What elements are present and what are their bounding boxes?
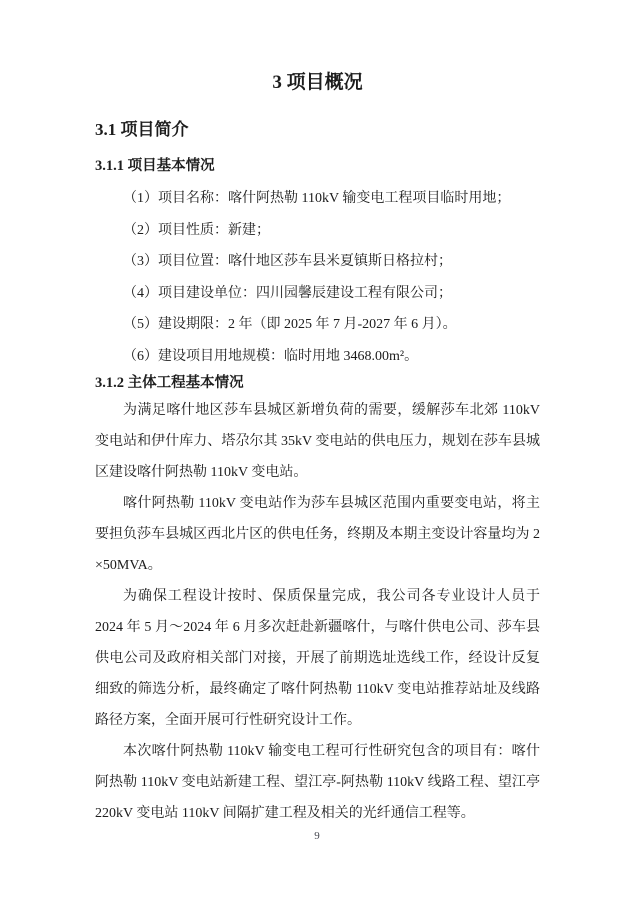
subsection-3-1-1-heading: 3.1.1 项目基本情况 <box>95 156 540 176</box>
paragraph-substation-role: 喀什阿热勒 110kV 变电站作为莎车县城区范围内重要变电站，将主要担负莎车县城… <box>95 488 540 581</box>
list-item-land-scale: （6）建设项目用地规模：临时用地 3468.00m²。 <box>95 341 540 373</box>
page-number: 9 <box>314 830 320 842</box>
list-item-construction-unit: （4）项目建设单位：四川园馨辰建设工程有限公司； <box>95 278 540 310</box>
chapter-title: 3 项目概况 <box>95 70 540 96</box>
list-item-project-location: （3）项目位置：喀什地区莎车县米夏镇斯日格拉村； <box>95 246 540 278</box>
section-3-1-heading: 3.1 项目简介 <box>95 118 540 142</box>
subsection-3-1-2-heading: 3.1.2 主体工程基本情况 <box>95 373 540 393</box>
paragraph-design-process: 为确保工程设计按时、保质保量完成，我公司各专业设计人员于 2024 年 5 月～… <box>95 581 540 736</box>
list-item-project-nature: （2）项目性质：新建； <box>95 215 540 247</box>
page-footer: 9 <box>0 826 634 844</box>
project-basic-info-list: （1）项目名称：喀什阿热勒 110kV 输变电工程项目临时用地； （2）项目性质… <box>95 183 540 373</box>
list-item-construction-period: （5）建设期限：2 年（即 2025 年 7 月-2027 年 6 月）。 <box>95 309 540 341</box>
list-item-project-name: （1）项目名称：喀什阿热勒 110kV 输变电工程项目临时用地； <box>95 183 540 215</box>
paragraph-feasibility-scope: 本次喀什阿热勒 110kV 输变电工程可行性研究包含的项目有：喀什阿热勒 110… <box>95 736 540 829</box>
document-page: 3 项目概况 3.1 项目简介 3.1.1 项目基本情况 （1）项目名称：喀什阿… <box>0 0 634 897</box>
paragraph-load-demand: 为满足喀什地区莎车县城区新增负荷的需要，缓解莎车北郊 110kV 变电站和伊什库… <box>95 395 540 488</box>
